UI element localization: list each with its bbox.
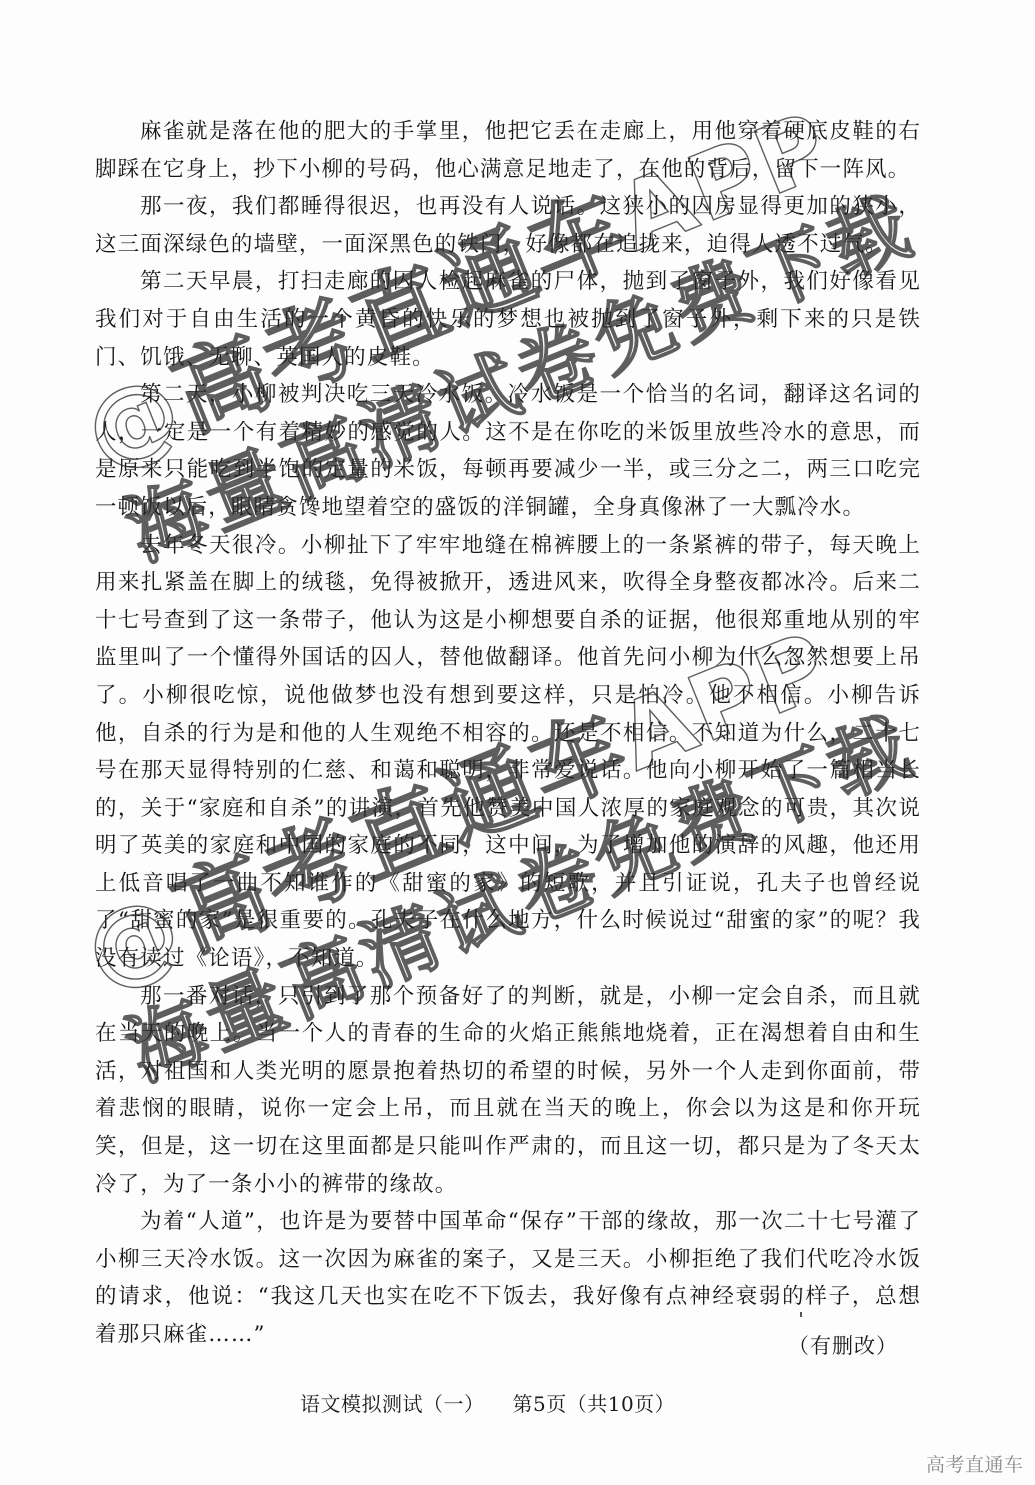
paragraph-6: 那一番对话，只引到了那个预备好了的判断，就是，小柳一定会自杀，而且就在当天的晚上… bbox=[95, 978, 921, 1204]
page-number: 第5页（共10页） bbox=[513, 1392, 676, 1416]
paragraph-5: 去年冬天很冷。小柳扯下了牢牢地缝在棉裤腰上的一条紧裤的带子，每天晚上用来扎紧盖在… bbox=[95, 527, 921, 978]
article-body: 麻雀就是落在他的肥大的手掌里，他把它丢在走廊上，用他穿着硬底皮鞋的右脚踩在它身上… bbox=[95, 113, 921, 1354]
scan-speck bbox=[800, 1312, 802, 1317]
paragraph-3: 第二天早晨，打扫走廊的囚人检起麻雀的尸体，抛到了窗子外，我们好像看见我们对于自由… bbox=[95, 263, 921, 376]
edit-credit: （有删改） bbox=[788, 1330, 898, 1360]
exam-title: 语文模拟测试（一） bbox=[300, 1392, 485, 1416]
page-footer: 语文模拟测试（一）第5页（共10页） bbox=[300, 1388, 675, 1417]
paragraph-2: 那一夜，我们都睡得很迟，也再没有人说话。这狭小的囚房显得更加的狭小，这三面深绿色… bbox=[95, 188, 921, 263]
paragraph-4: 第二天，小柳被判决吃三天冷水饭。冷水饭是一个恰当的名词，翻译这名词的人，一定是一… bbox=[95, 376, 921, 526]
brand-watermark: 高考直通车 bbox=[926, 1450, 1024, 1477]
exam-page: 麻雀就是落在他的肥大的手掌里，他把它丢在走廊上，用他穿着硬底皮鞋的右脚踩在它身上… bbox=[0, 0, 1035, 1485]
paragraph-1: 麻雀就是落在他的肥大的手掌里，他把它丢在走廊上，用他穿着硬底皮鞋的右脚踩在它身上… bbox=[95, 113, 921, 188]
